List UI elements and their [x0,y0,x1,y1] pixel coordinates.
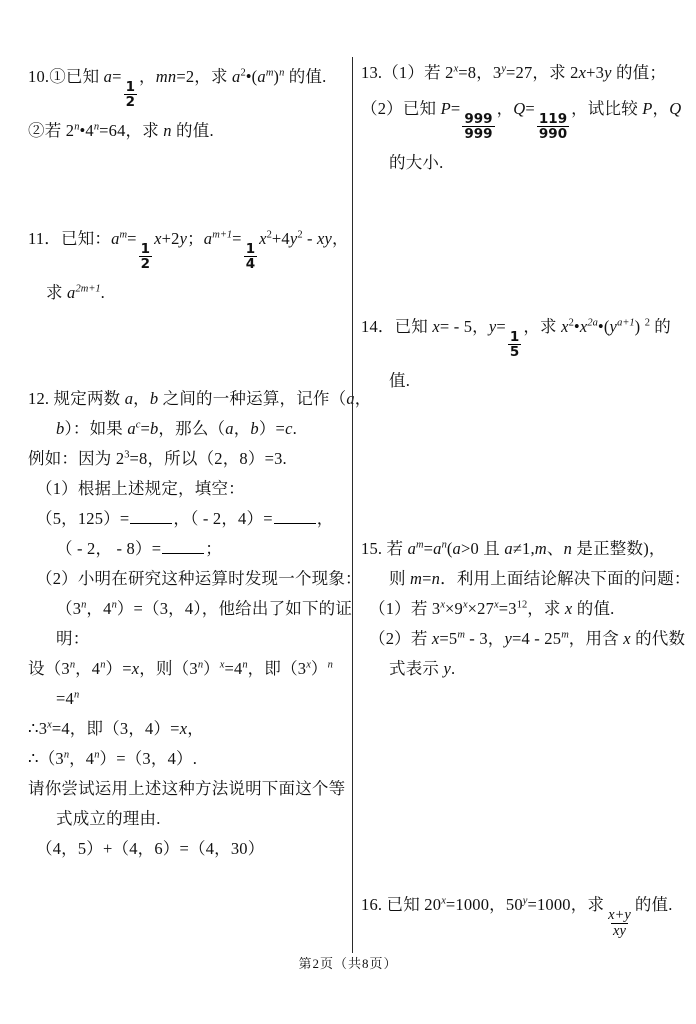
math-fraction: 119990 [537,112,569,141]
math-fraction: 12 [124,80,137,109]
problem-16: 16. 已知 20x=1000，50y=1000，求x+yxy的值. [361,884,693,946]
text-line: （4，5）+（4，6）=（4，30） [28,834,352,864]
math-superscript: m [120,230,128,241]
text-line: 13.（1）若 2x=8，3y=27，求 2x+3y 的值； [361,58,693,88]
text-line: 式成立的理由. [28,804,352,834]
math-superscript: x [47,720,52,731]
worksheet-page: 10.①已知 a=12，mn=2，求 a2•(am)n 的值.②若 2n•4n=… [0,0,696,1024]
math-variable: b [250,419,258,438]
math-variable: b [56,419,64,438]
math-superscript: 2 [569,318,574,329]
math-variable: x [432,629,440,648]
math-superscript: m [457,630,465,641]
fraction-numerator: 119 [537,112,569,126]
math-variable: xy [317,229,332,248]
left-column: 10.①已知 a=12，mn=2，求 a2•(am)n 的值.②若 2n•4n=… [28,0,352,1024]
math-variable: x [565,599,573,618]
math-variable: a [111,229,119,248]
text-line: 14．已知 x= - 5，y=15，求 x2•x2a•(ya+1) 2 的 [361,306,693,366]
text-line: （5，125）=，（ - 2，4）=， [28,504,352,534]
problem-12: 12. 规定两数 a，b 之间的一种运算，记作（a，b）：如果 ac=b，那么（… [28,384,352,864]
math-variable: a [433,539,441,558]
text-line: 设（3n，4n）=x，则（3n）x=4n，即（3x）n [28,654,352,684]
fraction-numerator: 1 [124,80,137,94]
math-variable: x [561,317,569,336]
text-line: （2）若 x=5m - 3，y=4 - 25m，用含 x 的代数 [361,624,693,654]
math-variable: P [642,99,652,118]
math-superscript: m [561,630,569,641]
math-superscript: 2 [267,230,272,241]
math-superscript: n [81,600,86,611]
math-variable: Q [513,99,525,118]
column-divider [352,57,353,953]
text-line: （ - 2， - 8）=； [28,534,352,564]
math-variable: n [163,121,171,140]
text-line: （1）若 3x×9x×27x=312，求 x 的值. [361,594,693,624]
text-line: （2）小明在研究这种运算时发现一个现象： [28,564,352,594]
text-line: 例如：因为 23=8，所以（2，8）=3. [28,444,352,474]
math-fraction: x+yxy [606,908,633,939]
math-superscript: 2 [297,230,302,241]
problem-15: 15. 若 am=an(a>0 且 a≠1,m、n 是正整数)，则 m=n．利用… [361,534,693,684]
text-line: ∴3x=4，即（3，4）=x， [28,714,352,744]
answer-blank [162,538,204,554]
math-variable: c [285,419,293,438]
math-superscript: 2m+1 [75,284,100,295]
text-line: （2）已知 P=999999，Q=119990，试比较 P，Q [361,88,693,148]
text-line: （1）根据上述规定，填空： [28,474,352,504]
text-line: 求 a2m+1. [28,278,352,308]
fraction-numerator: 999 [462,112,494,126]
math-variable: a [257,67,265,86]
text-line: 11．已知：am=12x+2y；am+1=14x2+4y2 - xy， [28,218,352,278]
math-superscript: x [220,660,225,671]
math-fraction: 15 [508,330,521,359]
text-line: （3n，4n）=（3，4），他给出了如下的证 [28,594,352,624]
problem-11: 11．已知：am=12x+2y；am+1=14x2+4y2 - xy，求 a2m… [28,218,352,308]
math-superscript: n [328,660,333,671]
math-variable: x [154,229,162,248]
math-variable: b [150,389,158,408]
math-superscript: n [100,660,105,671]
fraction-denominator: 2 [124,94,137,109]
math-variable: y [180,229,188,248]
math-superscript: n [74,690,79,701]
math-variable: a [346,389,354,408]
math-superscript: n [70,660,75,671]
math-superscript: x [463,600,468,611]
math-superscript: x [440,600,445,611]
text-line: =4n [28,684,352,714]
problem-13: 13.（1）若 2x=8，3y=27，求 2x+3y 的值；（2）已知 P=99… [361,58,693,178]
math-variable: a [127,419,135,438]
fraction-numerator: x+y [606,908,633,923]
math-variable: n [564,539,572,558]
text-line: b）：如果 ac=b，那么（a，b）=c. [28,414,352,444]
math-variable: y [489,317,497,336]
math-variable: a [104,67,112,86]
math-variable: P [441,99,451,118]
math-variable: x [259,229,267,248]
math-superscript: x [454,64,459,75]
text-line: 明： [28,624,352,654]
fraction-numerator: 1 [244,242,257,256]
fraction-denominator: 999 [462,126,494,141]
math-fraction: 12 [139,242,152,271]
math-variable: b [150,419,158,438]
math-fraction: 14 [244,242,257,271]
answer-blank [130,508,172,524]
fraction-denominator: 4 [244,256,257,271]
math-variable: a [225,419,233,438]
math-superscript: 12 [517,600,528,611]
math-superscript: n [279,68,284,79]
math-superscript: n [242,660,247,671]
math-variable: a [504,539,512,558]
math-variable: m [410,569,422,588]
text-line: 的大小. [361,148,693,178]
math-superscript: 2 [240,68,245,79]
math-fraction: 999999 [462,112,494,141]
math-superscript: c [136,420,141,431]
fraction-numerator: 1 [508,330,521,344]
math-variable: x [180,719,188,738]
math-variable: a [408,539,416,558]
math-variable: m [535,539,547,558]
math-superscript: m+1 [212,230,232,241]
math-superscript: m [266,68,274,79]
math-variable: a [204,229,212,248]
math-superscript: y [523,896,528,907]
math-variable: a [453,539,461,558]
math-variable: x [623,629,631,648]
math-superscript: n [74,122,79,133]
math-variable: y [443,659,451,678]
math-superscript: y [501,64,506,75]
math-variable: x [579,63,587,82]
math-superscript: n [64,750,69,761]
text-line: ②若 2n•4n=64，求 n 的值. [28,116,352,146]
math-variable: Q [669,99,681,118]
problem-10: 10.①已知 a=12，mn=2，求 a2•(am)n 的值.②若 2n•4n=… [28,56,352,146]
page-footer: 第2页（共8页） [0,953,696,972]
math-variable: y [604,63,612,82]
answer-blank [274,508,316,524]
math-superscript: x [306,660,311,671]
math-variable: y [610,317,618,336]
math-variable: x [432,317,440,336]
fraction-denominator: 2 [139,256,152,271]
problem-14: 14．已知 x= - 5，y=15，求 x2•x2a•(ya+1) 2 的值. [361,306,693,396]
math-superscript: 2 [645,318,650,329]
fraction-numerator: 1 [139,242,152,256]
math-variable: x [132,659,140,678]
text-line: 式表示 y. [361,654,693,684]
math-superscript: m [416,540,424,551]
fraction-denominator: 990 [537,126,569,141]
math-superscript: n [198,660,203,671]
math-superscript: x [441,896,446,907]
math-superscript: a+1 [617,318,635,329]
math-superscript: 2a [587,318,598,329]
fraction-denominator: xy [611,923,628,939]
math-variable: a [125,389,133,408]
text-line: 则 m=n．利用上面结论解决下面的问题： [361,564,693,594]
math-superscript: n [94,122,99,133]
math-superscript: n [112,600,117,611]
math-superscript: n [94,750,99,761]
text-line: 值. [361,366,693,396]
text-line: 请你尝试运用上述这种方法说明下面这个等 [28,774,352,804]
text-line: 15. 若 am=an(a>0 且 a≠1,m、n 是正整数)， [361,534,693,564]
text-line: ∴（3n，4n）=（3，4）. [28,744,352,774]
text-line: 16. 已知 20x=1000，50y=1000，求x+yxy的值. [361,884,693,946]
fraction-denominator: 5 [508,344,521,359]
text-line: 12. 规定两数 a，b 之间的一种运算，记作（a， [28,384,352,414]
math-variable: mn [156,67,177,86]
math-variable: n [432,569,440,588]
math-superscript: n [442,540,447,551]
math-superscript: 3 [124,450,129,461]
right-column: 13.（1）若 2x=8，3y=27，求 2x+3y 的值；（2）已知 P=99… [361,0,693,1024]
math-superscript: x [494,600,499,611]
math-variable: y [504,629,512,648]
text-line: 10.①已知 a=12，mn=2，求 a2•(am)n 的值. [28,56,352,116]
